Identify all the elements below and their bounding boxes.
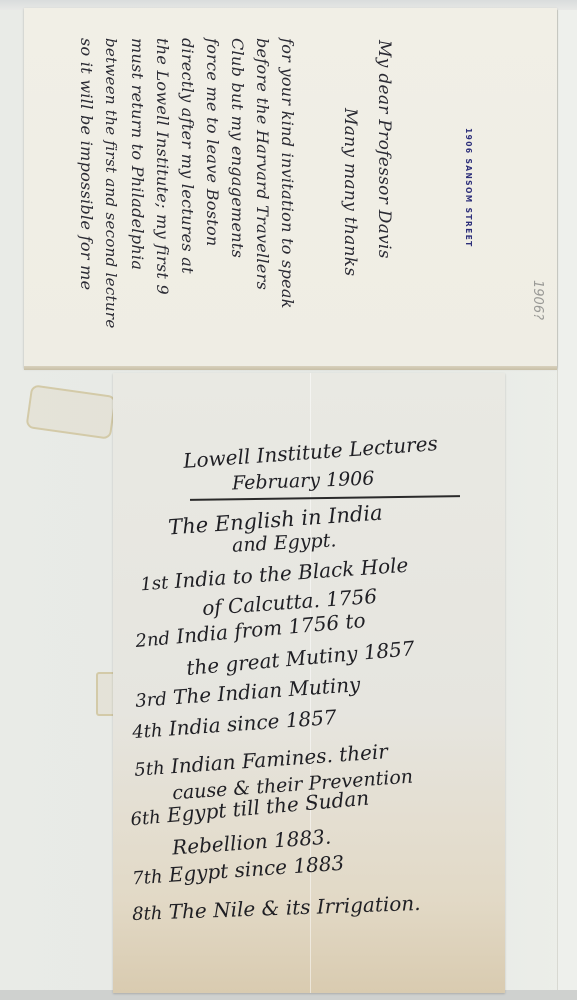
letter-line: between the first and second lecture bbox=[102, 38, 120, 329]
letterhead-address: 1906 SANSOM STREET bbox=[464, 128, 473, 248]
letter-line: for your kind invitation to speak bbox=[278, 38, 297, 309]
mount-right-strip bbox=[557, 10, 577, 990]
letter-line: the Lowell Institute; my first 9 bbox=[153, 38, 172, 295]
letter-line: Many many thanks bbox=[340, 108, 360, 276]
item-number: 2nd bbox=[135, 628, 171, 652]
letter-line: force me to leave Boston bbox=[203, 38, 222, 246]
item-number: 4th bbox=[132, 720, 164, 743]
pencil-date-annotation: 1906? bbox=[530, 280, 545, 320]
item-number: 5th bbox=[134, 758, 166, 781]
letter-line: directly after my lectures at bbox=[178, 38, 197, 274]
item-number: 3rd bbox=[135, 689, 168, 712]
letter-line: must return to Philadelphia bbox=[128, 38, 147, 270]
letter-line: so it will be impossible for me bbox=[77, 38, 96, 290]
letter-sheet-edge bbox=[24, 366, 557, 370]
item-number: 1st bbox=[140, 572, 169, 595]
item-number: 8th bbox=[132, 903, 163, 925]
letter-line: before the Harvard Travellers bbox=[253, 38, 272, 290]
letter-salutation: My dear Professor Davis bbox=[374, 40, 394, 259]
item-number: 6th bbox=[130, 807, 162, 831]
item-number: 7th bbox=[132, 866, 164, 889]
letter-line: Club but my engagements bbox=[228, 38, 247, 258]
